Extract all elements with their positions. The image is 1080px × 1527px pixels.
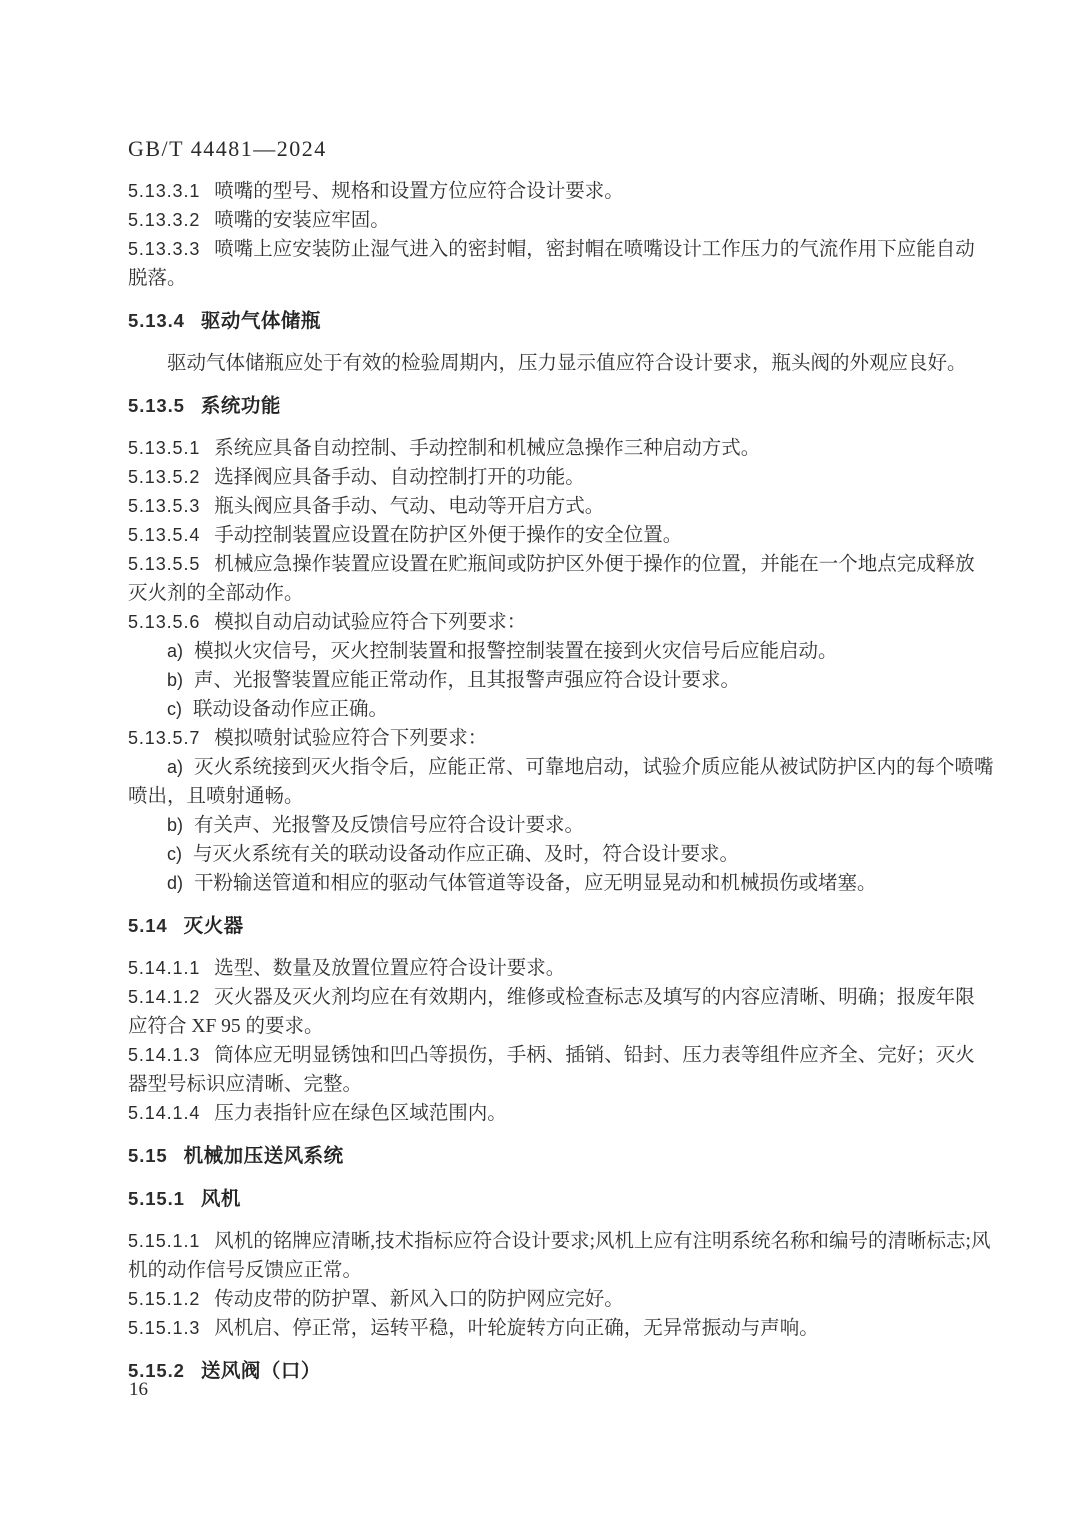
clause-number: 5.15.1 [128,1188,185,1209]
clause-5.13.5.5: 5.13.5.5机械应急操作装置应设置在贮瓶间或防护区外便于操作的位置，并能在一… [128,550,994,608]
list-item-marker: a) [167,641,183,661]
standard-number-header: GB/T 44481—2024 [128,134,994,164]
body-text: 与灭火系统有关的联动设备动作应正确、及时，符合设计要求。 [193,844,739,865]
clause-number: 5.13.5.6 [128,612,200,632]
clause-number: 5.15.1.1 [128,1231,200,1251]
heading-text: 机械加压送风系统 [184,1145,344,1167]
clause-number: 5.13.5.7 [128,728,200,748]
heading-text: 驱动气体储瓶 [201,310,321,332]
clause-number: 5.13.3.2 [128,210,200,230]
body-text: 机械应急操作装置应设置在贮瓶间或防护区外便于操作的位置，并能在一个地点完成释放灭… [128,554,975,604]
list-item-marker: c) [167,699,182,719]
list-item: b)声、光报警装置应能正常动作，且其报警声强应符合设计要求。 [128,666,994,695]
body-text: 灭火器及灭火剂均应在有效期内，维修或检查标志及填写的内容应清晰、明确；报废年限应… [128,987,975,1037]
clause-number: 5.14.1.1 [128,958,200,978]
clause-number: 5.13.3.1 [128,181,200,201]
body-text: 声、光报警装置应能正常动作，且其报警声强应符合设计要求。 [194,670,740,691]
body-text: 风机的铭牌应清晰,技术指标应符合设计要求;风机上应有注明系统名称和编号的清晰标志… [128,1231,990,1281]
body-text: 干粉输送管道和相应的驱动气体管道等设备，应无明显晃动和机械损伤或堵塞。 [194,873,877,894]
list-item: a)模拟火灾信号，灭火控制装置和报警控制装置在接到火灾信号后应能启动。 [128,637,994,666]
clause-5.13.5.1: 5.13.5.1系统应具备自动控制、手动控制和机械应急操作三种启动方式。 [128,434,994,463]
body-text: 模拟自动启动试验应符合下列要求： [214,612,526,633]
section-heading-5.14: 5.14灭火器 [128,911,994,941]
list-item-marker: b) [167,815,183,835]
body-text: 传动皮带的防护罩、新风入口的防护网应完好。 [214,1289,624,1310]
section-heading-5.15.2: 5.15.2送风阀（口） [128,1356,994,1386]
document-page: GB/T 44481—2024 5.13.3.1喷嘴的型号、规格和设置方位应符合… [0,0,1080,1527]
body-text: 喷嘴的安装应牢固。 [214,210,390,231]
body-text: 模拟火灾信号，灭火控制装置和报警控制装置在接到火灾信号后应能启动。 [194,641,838,662]
clause-5.15.1.1: 5.15.1.1风机的铭牌应清晰,技术指标应符合设计要求;风机上应有注明系统名称… [128,1227,994,1285]
list-item: a)灭火系统接到灭火指令后，应能正常、可靠地启动，试验介质应能从被试防护区内的每… [128,753,994,811]
clause-number: 5.13.4 [128,310,185,331]
clause-number: 5.13.5.2 [128,467,200,487]
body-text: 筒体应无明显锈蚀和凹凸等损伤，手柄、插销、铅封、压力表等组件应齐全、完好；灭火器… [128,1045,975,1095]
heading-text: 送风阀（口） [201,1360,321,1382]
section-heading-5.15: 5.15机械加压送风系统 [128,1141,994,1171]
clause-5.15.1.2: 5.15.1.2传动皮带的防护罩、新风入口的防护网应完好。 [128,1285,994,1314]
list-item-marker: a) [167,757,183,777]
body-text: 联动设备动作应正确。 [193,699,388,720]
clause-number: 5.13.5.1 [128,438,200,458]
clause-5.13.5.2: 5.13.5.2选择阀应具备手动、自动控制打开的功能。 [128,463,994,492]
body-text: 选型、数量及放置位置应符合设计要求。 [214,958,565,979]
body-text: 手动控制装置应设置在防护区外便于操作的安全位置。 [214,525,682,546]
clause-number: 5.13.5 [128,395,185,416]
clause-5.13.5.6: 5.13.5.6模拟自动启动试验应符合下列要求： [128,608,994,637]
clause-number: 5.13.5.4 [128,525,200,545]
clause-number: 5.13.5.5 [128,554,200,574]
body-text: 风机启、停正常，运转平稳，叶轮旋转方向正确，无异常振动与声响。 [214,1318,819,1339]
body-text: 有关声、光报警及反馈信号应符合设计要求。 [194,815,584,836]
list-item-marker: c) [167,844,182,864]
clause-number: 5.15.1.3 [128,1318,200,1338]
clause-5.13.3.2: 5.13.3.2喷嘴的安装应牢固。 [128,206,994,235]
list-item: c)与灭火系统有关的联动设备动作应正确、及时，符合设计要求。 [128,840,994,869]
list-item-marker: d) [167,873,183,893]
clause-5.15.1.3: 5.15.1.3风机启、停正常，运转平稳，叶轮旋转方向正确，无异常振动与声响。 [128,1314,994,1343]
clause-5.14.1.3: 5.14.1.3筒体应无明显锈蚀和凹凸等损伤，手柄、插销、铅封、压力表等组件应齐… [128,1041,994,1099]
body-text: 选择阀应具备手动、自动控制打开的功能。 [214,467,585,488]
clause-5.13.5.7: 5.13.5.7模拟喷射试验应符合下列要求： [128,724,994,753]
body-text: 压力表指针应在绿色区域范围内。 [214,1103,507,1124]
clause-number: 5.15.2 [128,1360,185,1381]
list-item: b)有关声、光报警及反馈信号应符合设计要求。 [128,811,994,840]
clause-5.14.1.2: 5.14.1.2灭火器及灭火剂均应在有效期内，维修或检查标志及填写的内容应清晰、… [128,983,994,1041]
body-text: 灭火系统接到灭火指令后，应能正常、可靠地启动，试验介质应能从被试防护区内的每个喷… [128,757,994,807]
page-number: 16 [129,1379,148,1401]
document-body: 5.13.3.1喷嘴的型号、规格和设置方位应符合设计要求。5.13.3.2喷嘴的… [128,177,994,1386]
list-item: c)联动设备动作应正确。 [128,695,994,724]
paragraph: 驱动气体储瓶应处于有效的检验周期内，压力显示值应符合设计要求，瓶头阀的外观应良好… [128,349,994,378]
clause-5.13.3.1: 5.13.3.1喷嘴的型号、规格和设置方位应符合设计要求。 [128,177,994,206]
clause-5.13.3.3: 5.13.3.3喷嘴上应安装防止湿气进入的密封帽，密封帽在喷嘴设计工作压力的气流… [128,235,994,293]
clause-number: 5.14.1.2 [128,987,200,1007]
body-text: 模拟喷射试验应符合下列要求： [214,728,487,749]
clause-number: 5.15.1.2 [128,1289,200,1309]
heading-text: 灭火器 [184,915,244,937]
clause-number: 5.15 [128,1145,168,1166]
clause-5.14.1.1: 5.14.1.1选型、数量及放置位置应符合设计要求。 [128,954,994,983]
section-heading-5.13.5: 5.13.5系统功能 [128,391,994,421]
section-heading-5.13.4: 5.13.4驱动气体储瓶 [128,306,994,336]
body-text: 喷嘴上应安装防止湿气进入的密封帽，密封帽在喷嘴设计工作压力的气流作用下应能自动脱… [128,239,975,289]
body-text: 系统应具备自动控制、手动控制和机械应急操作三种启动方式。 [214,438,760,459]
section-heading-5.15.1: 5.15.1风机 [128,1184,994,1214]
heading-text: 系统功能 [201,395,281,417]
clause-number: 5.13.3.3 [128,239,200,259]
list-item-marker: b) [167,670,183,690]
clause-number: 5.13.5.3 [128,496,200,516]
clause-number: 5.14.1.3 [128,1045,200,1065]
clause-number: 5.14 [128,915,168,936]
list-item: d)干粉输送管道和相应的驱动气体管道等设备，应无明显晃动和机械损伤或堵塞。 [128,869,994,898]
clause-5.14.1.4: 5.14.1.4压力表指针应在绿色区域范围内。 [128,1099,994,1128]
body-text: 驱动气体储瓶应处于有效的检验周期内，压力显示值应符合设计要求，瓶头阀的外观应良好… [167,353,967,374]
clause-number: 5.14.1.4 [128,1103,200,1123]
clause-5.13.5.4: 5.13.5.4手动控制装置应设置在防护区外便于操作的安全位置。 [128,521,994,550]
body-text: 瓶头阀应具备手动、气动、电动等开启方式。 [214,496,604,517]
heading-text: 风机 [201,1188,241,1210]
body-text: 喷嘴的型号、规格和设置方位应符合设计要求。 [214,181,624,202]
clause-5.13.5.3: 5.13.5.3瓶头阀应具备手动、气动、电动等开启方式。 [128,492,994,521]
